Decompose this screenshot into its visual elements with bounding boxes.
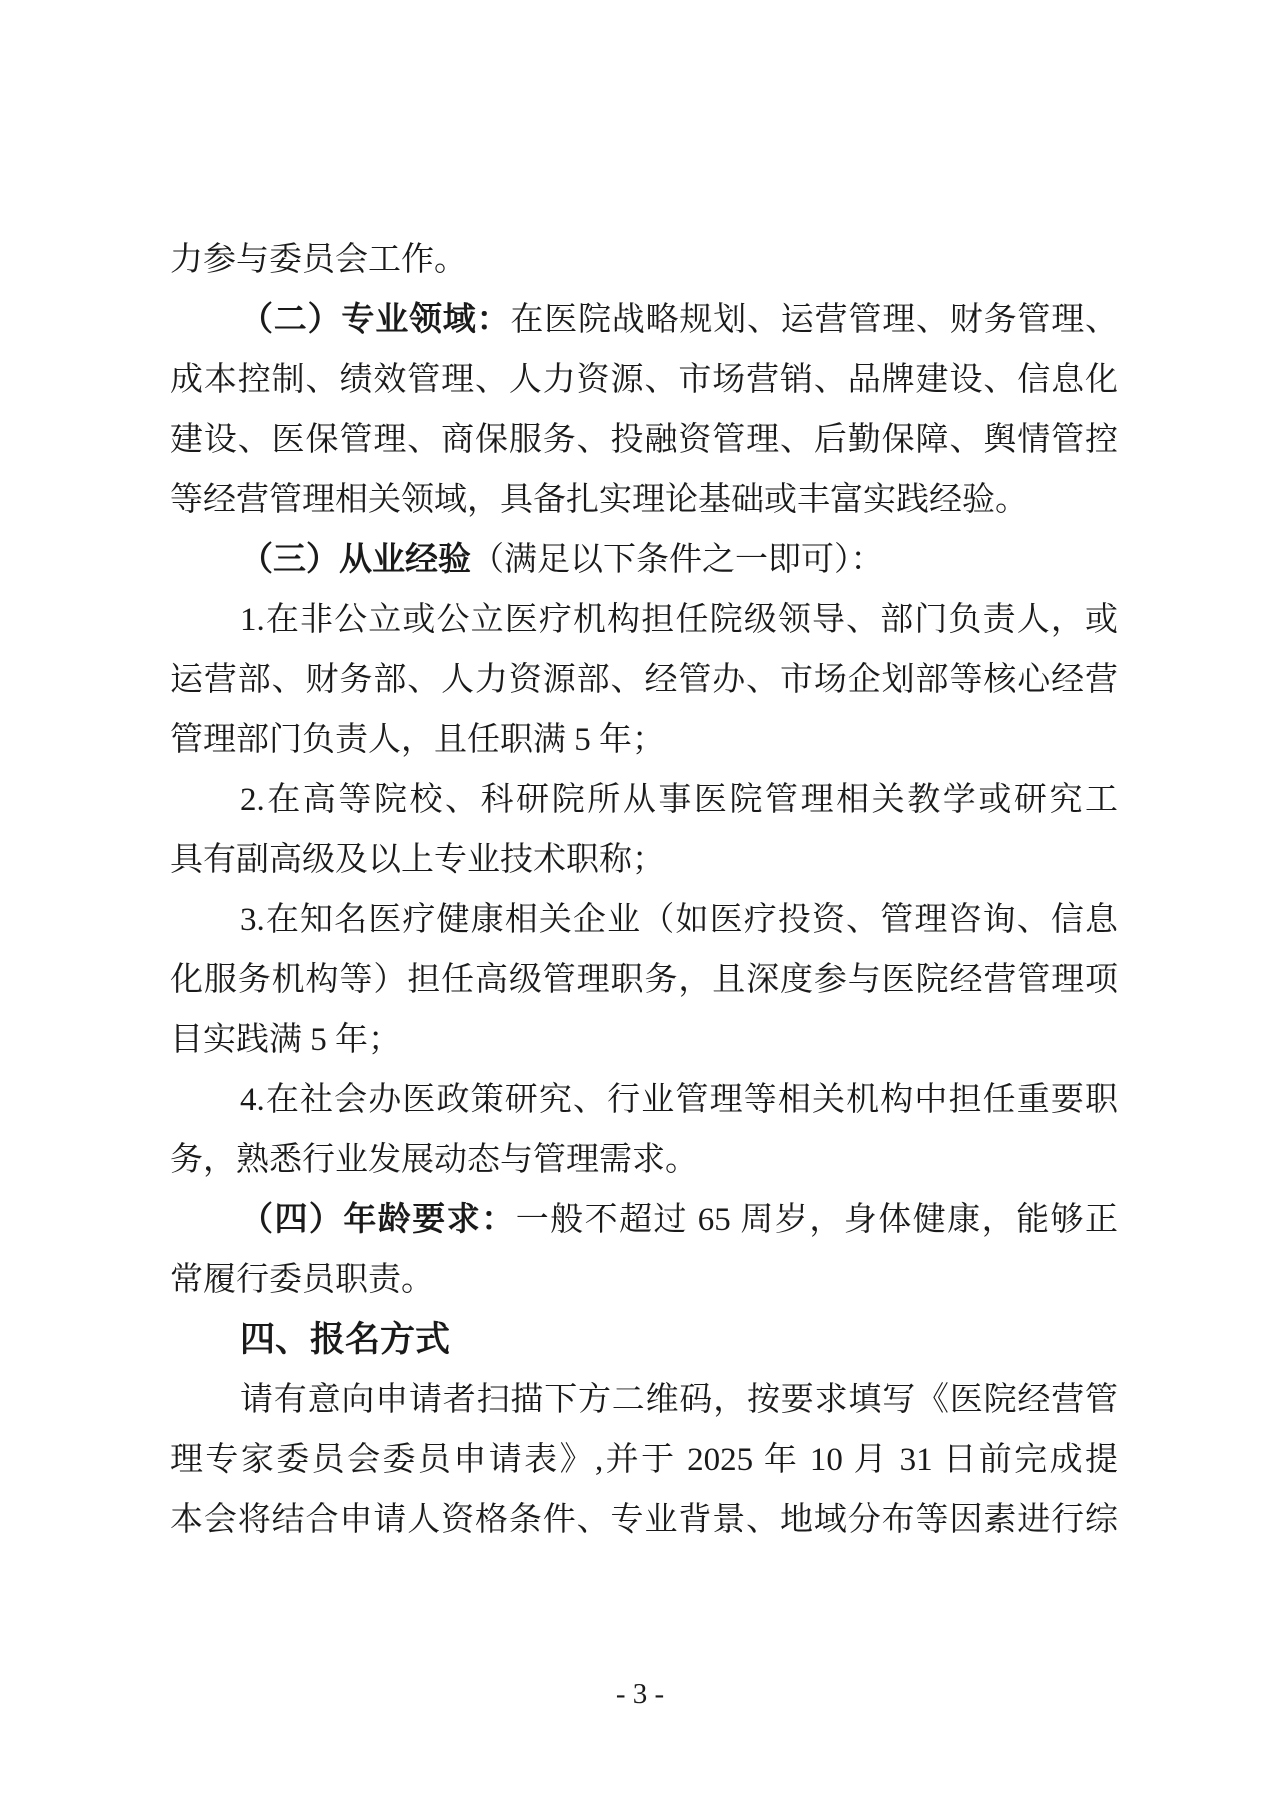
text-line: 管理部门负责人，且任职满 5 年；	[170, 710, 1118, 770]
text-line: 务，熟悉行业发展动态与管理需求。	[170, 1130, 1118, 1190]
bold-text-segment: 四、报名方式	[240, 1320, 450, 1359]
bold-text-segment: （二）专业领域：	[240, 302, 510, 338]
bold-text-segment: （四）年龄要求：	[240, 1202, 516, 1238]
text-segment: 目实践满 5 年；	[170, 1022, 401, 1058]
text-line: 具有副高级及以上专业技术职称；	[170, 830, 1118, 890]
text-line: 请有意向申请者扫描下方二维码，按要求填写《医院经营管	[170, 1370, 1118, 1430]
text-segment: 具有副高级及以上专业技术职称；	[170, 842, 665, 878]
text-line: 2.在高等院校、科研院所从事医院管理相关教学或研究工作，	[170, 770, 1118, 830]
text-line: 运营部、财务部、人力资源部、经管办、市场企划部等核心经营	[170, 650, 1118, 710]
text-line: 等经营管理相关领域，具备扎实理论基础或丰富实践经验。	[170, 470, 1118, 530]
text-segment: 3.在知名医疗健康相关企业（如医疗投资、管理咨询、信息	[240, 902, 1118, 938]
text-segment: 建设、医保管理、商保服务、投融资管理、后勤保障、舆情管控	[170, 422, 1118, 458]
text-segment: 运营部、财务部、人力资源部、经管办、市场企划部等核心经营	[170, 662, 1118, 698]
text-line: 建设、医保管理、商保服务、投融资管理、后勤保障、舆情管控	[170, 410, 1118, 470]
text-segment: 本会将结合申请人资格条件、专业背景、地域分布等因素进行综	[170, 1502, 1118, 1538]
text-segment: 等经营管理相关领域，具备扎实理论基础或丰富实践经验。	[170, 482, 1028, 518]
text-line: 化服务机构等）担任高级管理职务，且深度参与医院经营管理项	[170, 950, 1118, 1010]
text-segment: 请有意向申请者扫描下方二维码，按要求填写《医院经营管	[240, 1382, 1118, 1418]
text-segment: 4.在社会办医政策研究、行业管理等相关机构中担任重要职	[240, 1082, 1118, 1118]
text-line: 1.在非公立或公立医疗机构担任院级领导、部门负责人，或	[170, 590, 1118, 650]
text-line: （四）年龄要求：一般不超过 65 周岁，身体健康，能够正	[170, 1190, 1118, 1250]
text-line: 常履行委员职责。	[170, 1250, 1118, 1310]
text-segment: 常履行委员职责。	[170, 1262, 434, 1298]
text-segment: 一般不超过 65 周岁，身体健康，能够正	[516, 1202, 1118, 1238]
text-line: 3.在知名医疗健康相关企业（如医疗投资、管理咨询、信息	[170, 890, 1118, 950]
text-segment: 成本控制、绩效管理、人力资源、市场营销、品牌建设、信息化	[170, 362, 1118, 398]
text-segment: （满足以下条件之一即可）：	[471, 542, 884, 578]
text-segment: 2.在高等院校、科研院所从事医院管理相关教学或研究工作，	[170, 782, 1118, 830]
text-line: 本会将结合申请人资格条件、专业背景、地域分布等因素进行综	[170, 1490, 1118, 1550]
text-segment: 管理部门负责人，且任职满 5 年；	[170, 722, 665, 758]
text-line: 成本控制、绩效管理、人力资源、市场营销、品牌建设、信息化	[170, 350, 1118, 410]
section-heading: 四、报名方式	[170, 1310, 1118, 1370]
text-line: （二）专业领域：在医院战略规划、运营管理、财务管理、	[170, 290, 1118, 350]
page-number: - 3 -	[616, 1678, 664, 1710]
document-body: 力参与委员会工作。（二）专业领域：在医院战略规划、运营管理、财务管理、成本控制、…	[170, 230, 1118, 1550]
text-segment: 力参与委员会工作。	[170, 242, 467, 278]
text-line: （三）从业经验（满足以下条件之一即可）：	[170, 530, 1118, 590]
bold-text-segment: （三）从业经验	[240, 542, 471, 578]
text-segment: 在医院战略规划、运营管理、财务管理、	[510, 302, 1118, 338]
text-segment: 理专家委员会委员申请表》,并于 2025 年 10 月 31 日前完成提交。	[170, 1442, 1118, 1490]
text-segment: 化服务机构等）担任高级管理职务，且深度参与医院经营管理项	[170, 962, 1118, 998]
text-line: 力参与委员会工作。	[170, 230, 1118, 290]
document-page: 力参与委员会工作。（二）专业领域：在医院战略规划、运营管理、财务管理、成本控制、…	[0, 0, 1280, 1810]
text-segment: 务，熟悉行业发展动态与管理需求。	[170, 1142, 698, 1178]
page-footer: - 3 -	[0, 1672, 1280, 1716]
text-line: 目实践满 5 年；	[170, 1010, 1118, 1070]
text-line: 理专家委员会委员申请表》,并于 2025 年 10 月 31 日前完成提交。	[170, 1430, 1118, 1490]
text-segment: 1.在非公立或公立医疗机构担任院级领导、部门负责人，或	[240, 602, 1118, 638]
text-line: 4.在社会办医政策研究、行业管理等相关机构中担任重要职	[170, 1070, 1118, 1130]
